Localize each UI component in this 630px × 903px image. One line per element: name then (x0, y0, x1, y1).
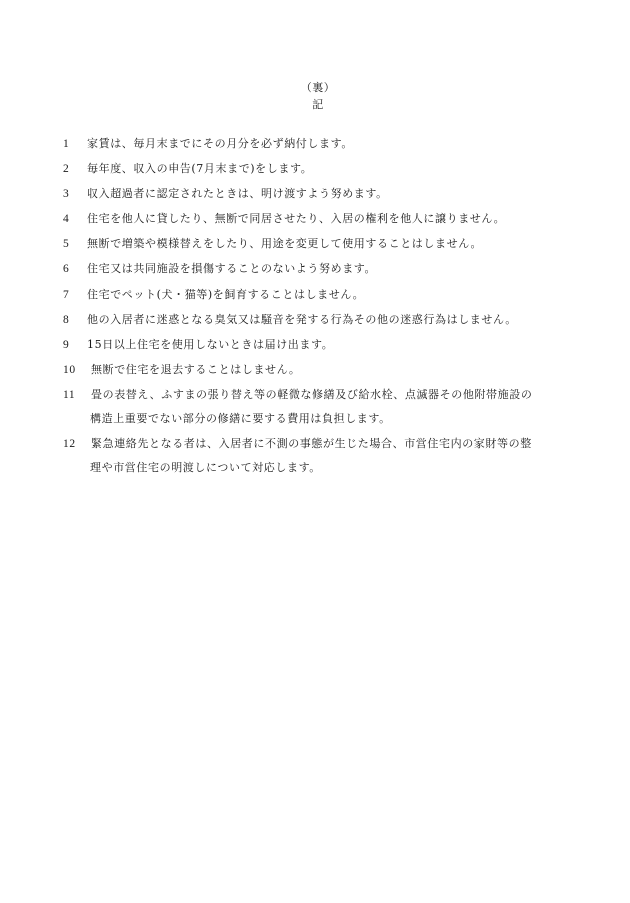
item-text: 他の入居者に迷惑となる臭気又は騒音を発する行為その他の迷惑行為はしません。 (87, 313, 517, 326)
item-number: 5 (63, 237, 87, 251)
item-number: 3 (63, 187, 87, 201)
item-text: 住宅でペット(犬・猫等)を飼育することはしません。 (87, 288, 364, 301)
list-item: 11畳の表替え、ふすまの張り替え等の軽微な修繕及び給水栓、点滅器その他附帯施設の (63, 388, 532, 402)
item-text-continuation: 構造上重要でない部分の修繕に要する費用は負担します。 (90, 412, 391, 426)
item-number: 9 (63, 338, 87, 352)
list-item: 7住宅でペット(犬・猫等)を飼育することはしません。 (63, 288, 364, 302)
item-text: 15日以上住宅を使用しないときは届け出ます。 (87, 338, 333, 351)
item-text: 住宅を他人に貸したり、無断で同居させたり、入居の権利を他人に譲りません。 (87, 212, 505, 225)
item-text: 毎年度、収入の申告(7月末まで)をします。 (87, 162, 312, 175)
list-item: 8他の入居者に迷惑となる臭気又は騒音を発する行為その他の迷惑行為はしません。 (63, 313, 517, 327)
item-text: 緊急連絡先となる者は、入居者に不測の事態が生じた場合、市営住宅内の家財等の整 (91, 437, 532, 450)
item-text: 無断で増築や模様替えをしたり、用途を変更して使用することはしません。 (87, 237, 482, 250)
item-text: 家賃は、毎月末までにその月分を必ず納付します。 (87, 137, 353, 150)
item-number: 2 (63, 162, 87, 176)
item-number: 8 (63, 313, 87, 327)
item-number: 12 (63, 437, 91, 451)
list-item: 2毎年度、収入の申告(7月末まで)をします。 (63, 162, 312, 176)
item-number: 11 (63, 388, 91, 402)
item-number: 7 (63, 288, 87, 302)
list-item: 10無断で住宅を退去することはしません。 (63, 363, 300, 377)
list-item: 3収入超過者に認定されたときは、明け渡すよう努めます。 (63, 187, 388, 201)
item-number: 10 (63, 363, 91, 377)
list-item: 1家賃は、毎月末までにその月分を必ず納付します。 (63, 137, 353, 151)
item-text: 収入超過者に認定されたときは、明け渡すよう努めます。 (87, 187, 388, 200)
list-item: 915日以上住宅を使用しないときは届け出ます。 (63, 338, 333, 352)
document-title: 記 (3, 98, 630, 112)
item-number: 1 (63, 137, 87, 151)
item-text: 無断で住宅を退去することはしません。 (91, 363, 300, 376)
item-text-continuation: 理や市営住宅の明渡しについて対応します。 (90, 461, 321, 475)
list-item: 6住宅又は共同施設を損傷することのないよう努めます。 (63, 262, 376, 276)
side-label: （裏） (3, 81, 630, 95)
item-number: 4 (63, 212, 87, 226)
document-page: （裏） 記 1家賃は、毎月末までにその月分を必ず納付します。 2毎年度、収入の申… (0, 0, 630, 903)
list-item: 4住宅を他人に貸したり、無断で同居させたり、入居の権利を他人に譲りません。 (63, 212, 505, 226)
item-text: 畳の表替え、ふすまの張り替え等の軽微な修繕及び給水栓、点滅器その他附帯施設の (91, 388, 532, 401)
list-item: 12緊急連絡先となる者は、入居者に不測の事態が生じた場合、市営住宅内の家財等の整 (63, 437, 532, 451)
item-text: 住宅又は共同施設を損傷することのないよう努めます。 (87, 262, 376, 275)
item-number: 6 (63, 262, 87, 276)
list-item: 5無断で増築や模様替えをしたり、用途を変更して使用することはしません。 (63, 237, 482, 251)
